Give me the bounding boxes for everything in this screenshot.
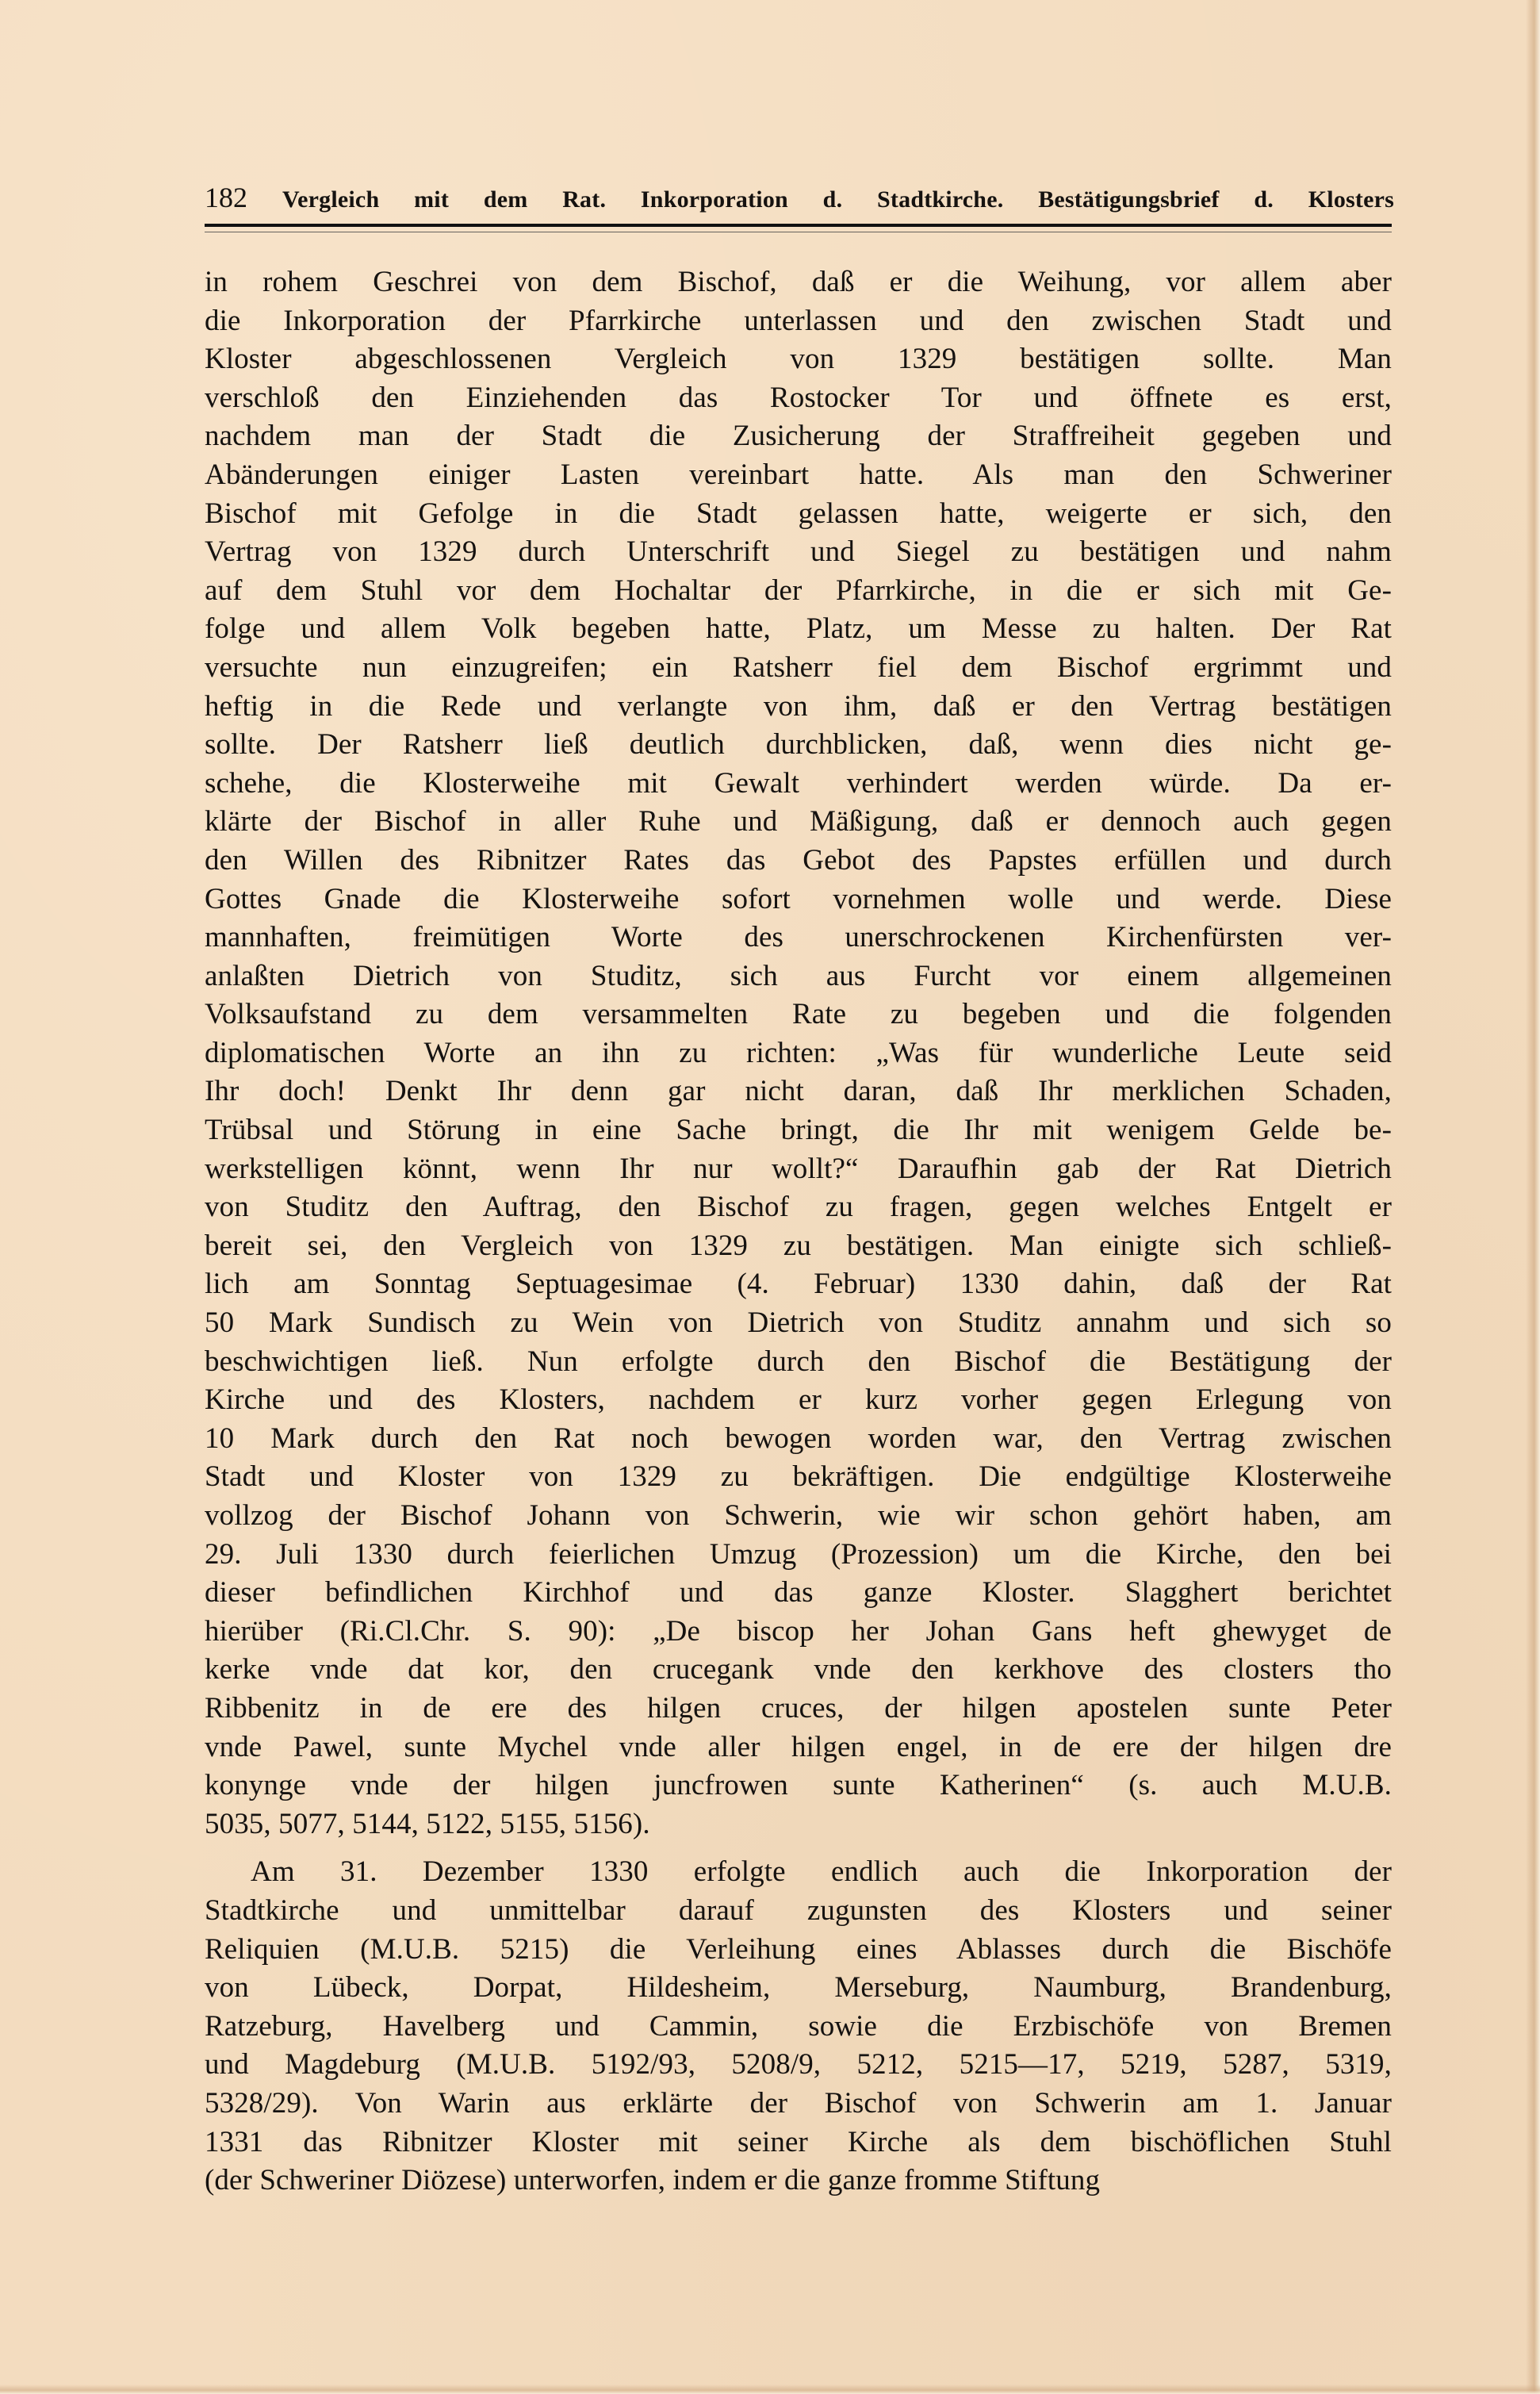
text-line: Am 31. Dezember 1330 erfolgte endlich au… bbox=[205, 1853, 1392, 1892]
text-line: diplomatischen Worte an ihn zu richten: … bbox=[205, 1034, 1392, 1073]
text-line: Ratzeburg, Havelberg und Cammin, sowie d… bbox=[205, 2008, 1392, 2047]
text-line: Volksaufstand zu dem versammelten Rate z… bbox=[205, 996, 1392, 1034]
text-line: schehe, die Klosterweihe mit Gewalt verh… bbox=[205, 765, 1392, 804]
text-line: heftig in die Rede und verlangte von ihm… bbox=[205, 688, 1392, 727]
text-line: Trübsal und Störung in eine Sache bringt… bbox=[205, 1111, 1392, 1150]
text-line: versuchte nun einzugreifen; ein Ratsherr… bbox=[205, 649, 1392, 688]
text-line: Bischof mit Gefolge in die Stadt gelasse… bbox=[205, 495, 1392, 534]
text-line: Ribbenitz in de ere des hilgen cruces, d… bbox=[205, 1690, 1392, 1728]
text-line: 50 Mark Sundisch zu Wein von Dietrich vo… bbox=[205, 1304, 1392, 1343]
paragraph-1: in rohem Geschrei von dem Bischof, daß e… bbox=[205, 263, 1392, 1843]
text-line: von Lübeck, Dorpat, Hildesheim, Mersebur… bbox=[205, 1969, 1392, 2008]
header-rule-thick bbox=[205, 224, 1392, 227]
page-edge-right bbox=[1526, 0, 1540, 2394]
text-line: nachdem man der Stadt die Zusicherung de… bbox=[205, 417, 1392, 456]
text-line: vnde Pawel, sunte Mychel vnde aller hilg… bbox=[205, 1728, 1392, 1767]
text-line: 5328/29). Von Warin aus erklärte der Bis… bbox=[205, 2085, 1392, 2124]
page-edge-bottom bbox=[0, 2384, 1540, 2394]
paragraph-gap bbox=[205, 1843, 1392, 1853]
text-line: bereit sei, den Vergleich von 1329 zu be… bbox=[205, 1227, 1392, 1266]
text-line: Reliquien (M.U.B. 5215) die Verleihung e… bbox=[205, 1931, 1392, 1970]
text-line: Ihr doch! Denkt Ihr denn gar nicht daran… bbox=[205, 1072, 1392, 1111]
text-line: werkstelligen könnt, wenn Ihr nur wollt?… bbox=[205, 1150, 1392, 1189]
text-line: die Inkorporation der Pfarrkirche unterl… bbox=[205, 302, 1392, 341]
text-line: 5035, 5077, 5144, 5122, 5155, 5156). bbox=[205, 1805, 1392, 1844]
text-line: vollzog der Bischof Johann von Schwerin,… bbox=[205, 1497, 1392, 1536]
text-line: und Magdeburg (M.U.B. 5192/93, 5208/9, 5… bbox=[205, 2046, 1392, 2085]
text-line: 29. Juli 1330 durch feierlichen Umzug (P… bbox=[205, 1536, 1392, 1575]
text-line: sollte. Der Ratsherr ließ deutlich durch… bbox=[205, 726, 1392, 765]
text-line: Abänderungen einiger Lasten vereinbart h… bbox=[205, 456, 1392, 495]
header-rule-thin bbox=[205, 232, 1392, 232]
text-line: auf dem Stuhl vor dem Hochaltar der Pfar… bbox=[205, 572, 1392, 611]
text-line: Stadt und Kloster von 1329 zu bekräftige… bbox=[205, 1458, 1392, 1497]
body-text: in rohem Geschrei von dem Bischof, daß e… bbox=[205, 263, 1392, 2200]
page-number: 182 bbox=[205, 181, 247, 214]
text-line: (der Schweriner Diözese) unterworfen, in… bbox=[205, 2162, 1392, 2200]
running-title: Vergleich mit dem Rat. Inkorporation d. … bbox=[282, 186, 1394, 213]
text-line: lich am Sonntag Septuagesimae (4. Februa… bbox=[205, 1265, 1392, 1304]
text-line: in rohem Geschrei von dem Bischof, daß e… bbox=[205, 263, 1392, 302]
text-line: Gottes Gnade die Klosterweihe sofort vor… bbox=[205, 880, 1392, 919]
text-line: mannhaften, freimütigen Worte des unersc… bbox=[205, 919, 1392, 957]
text-line: beschwichtigen ließ. Nun erfolgte durch … bbox=[205, 1343, 1392, 1382]
text-line: Stadtkirche und unmittelbar darauf zugun… bbox=[205, 1892, 1392, 1931]
text-line: hierüber (Ri.Cl.Chr. S. 90): „De biscop … bbox=[205, 1613, 1392, 1652]
text-line: 10 Mark durch den Rat noch bewogen worde… bbox=[205, 1420, 1392, 1459]
text-line: anlaßten Dietrich von Studitz, sich aus … bbox=[205, 957, 1392, 996]
text-line: 1331 das Ribnitzer Kloster mit seiner Ki… bbox=[205, 2124, 1392, 2162]
text-line: dieser befindlichen Kirchhof und das gan… bbox=[205, 1574, 1392, 1613]
text-line: Kloster abgeschlossenen Vergleich von 13… bbox=[205, 340, 1392, 379]
text-line: von Studitz den Auftrag, den Bischof zu … bbox=[205, 1188, 1392, 1227]
text-line: konynge vnde der hilgen juncfrowen sunte… bbox=[205, 1767, 1392, 1805]
text-line: folge und allem Volk begeben hatte, Plat… bbox=[205, 610, 1392, 649]
paragraph-2: Am 31. Dezember 1330 erfolgte endlich au… bbox=[205, 1853, 1392, 2200]
text-line: Kirche und des Klosters, nachdem er kurz… bbox=[205, 1381, 1392, 1420]
text-line: klärte der Bischof in aller Ruhe und Mäß… bbox=[205, 803, 1392, 842]
text-line: kerke vnde dat kor, den crucegank vnde d… bbox=[205, 1651, 1392, 1690]
text-line: den Willen des Ribnitzer Rates das Gebot… bbox=[205, 842, 1392, 880]
running-header: 182 Vergleich mit dem Rat. Inkorporation… bbox=[205, 181, 1394, 221]
text-line: Vertrag von 1329 durch Unterschrift und … bbox=[205, 533, 1392, 572]
text-line: verschloß den Einziehenden das Rostocker… bbox=[205, 379, 1392, 418]
